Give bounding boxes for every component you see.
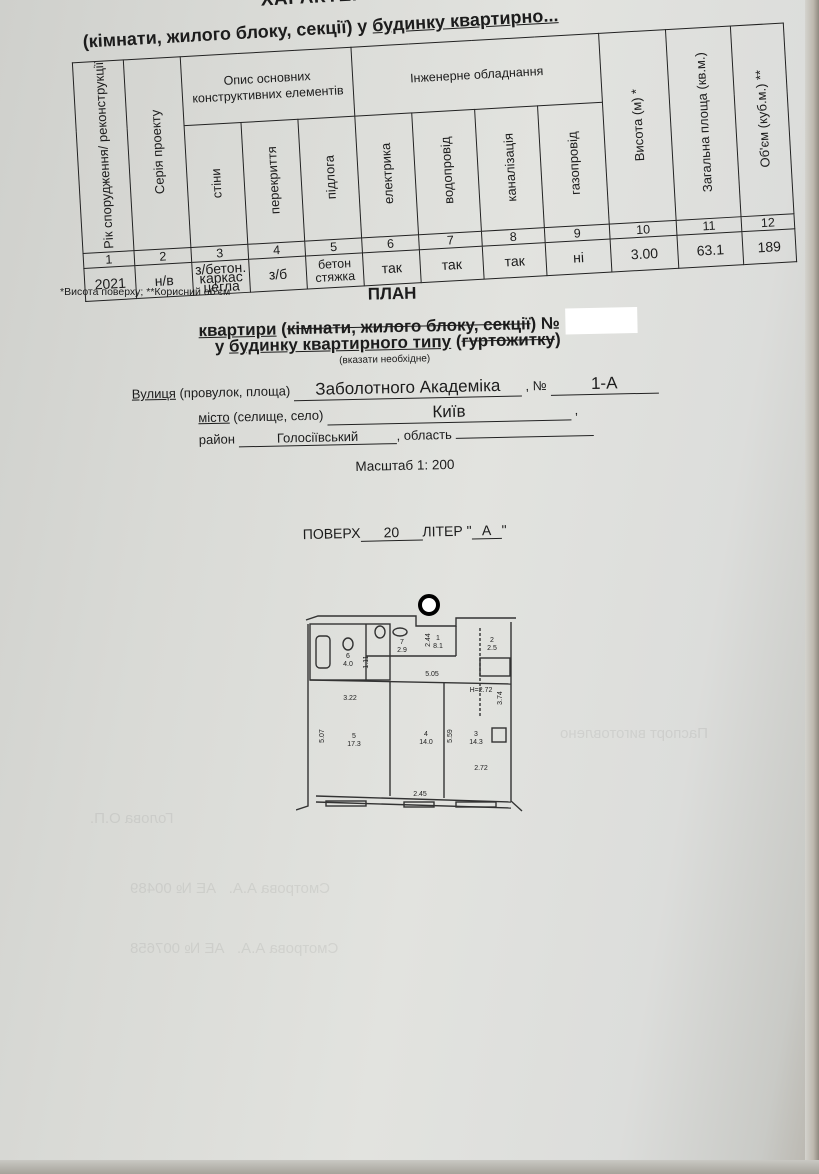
svg-text:3: 3	[474, 731, 478, 738]
svg-text:4: 4	[424, 731, 428, 738]
svg-text:17.3: 17.3	[347, 741, 361, 748]
svg-text:7: 7	[400, 639, 404, 646]
col-header-water: водопровід	[437, 136, 456, 204]
value-height: 3.00	[610, 236, 679, 273]
col-header-area: Загальна площа (кв.м.)	[692, 51, 715, 192]
city-field: місто (селище, село) Київ ,	[198, 399, 578, 428]
col-header-gas: газопровід	[564, 131, 583, 195]
col-header-flooring: підлога	[321, 155, 338, 200]
svg-text:3.74: 3.74	[497, 691, 504, 705]
value-water: так	[419, 247, 484, 283]
svg-text:2.9: 2.9	[397, 647, 407, 654]
value-gas: ні	[545, 239, 612, 276]
bleed-through-text: Смотрова А.А. АЕ № 007658	[130, 940, 338, 957]
redacted-apartment-number	[566, 307, 639, 335]
col-header-electric: електрика	[377, 143, 395, 205]
value-floors: з/б	[249, 256, 308, 292]
floor-plan-icon: 1 8.1 2 2.5 3 14.3 4 14.0 5 17.3 6 4.0 7…	[296, 596, 526, 821]
svg-text:14.3: 14.3	[469, 739, 483, 746]
page-bottom-edge	[0, 1160, 819, 1174]
svg-text:5.07: 5.07	[319, 729, 326, 743]
value-area: 63.1	[677, 232, 744, 269]
svg-text:H=2.72: H=2.72	[470, 687, 493, 694]
floor-plan-drawing: 1 8.1 2 2.5 3 14.3 4 14.0 5 17.3 6 4.0 7…	[296, 596, 526, 821]
svg-text:1: 1	[436, 635, 440, 642]
characteristics-title: ХАРАКТЕРИСТИ...	[260, 0, 437, 12]
group-header-construction: Опис основних конструктивних елементів	[180, 47, 355, 125]
svg-text:6: 6	[346, 653, 350, 660]
street-value: Заболотного Академіка	[294, 375, 522, 401]
house-number-value: 1-А	[550, 373, 658, 396]
value-flooring: бетон стяжка	[306, 253, 365, 289]
svg-text:2.44: 2.44	[425, 633, 432, 647]
svg-text:5.59: 5.59	[447, 729, 454, 743]
city-value: Київ	[327, 399, 571, 425]
svg-text:5: 5	[352, 733, 356, 740]
svg-text:3.22: 3.22	[343, 695, 357, 702]
street-field: Вулиця (провулок, площа) Заболотного Ака…	[132, 373, 659, 405]
letter-value: А	[471, 522, 501, 540]
col-header-volume: Об'єм (куб.м.) **	[752, 69, 772, 167]
table-footnote: *Висота поверху; **Корисний об'єм	[60, 286, 230, 298]
col-header-walls: стіни	[208, 168, 225, 199]
svg-text:2.5: 2.5	[487, 645, 497, 652]
characteristics-table: Рік спорудження/ реконструкції Серія про…	[72, 23, 797, 303]
svg-text:14.0: 14.0	[419, 739, 433, 746]
col-header-year: Рік спорудження/ реконструкції	[90, 61, 115, 249]
bleed-through-text: Смотрова А.А. АЕ № 00489	[130, 880, 330, 897]
col-header-sewer: каналізація	[500, 132, 519, 201]
district-field: район Голосіївський, область	[199, 424, 594, 448]
col-header-height: Висота (м) *	[628, 89, 647, 162]
floor-value: 20	[360, 524, 422, 542]
value-volume: 189	[742, 229, 797, 265]
svg-text:1.11: 1.11	[363, 655, 370, 668]
plan-title: ПЛАН	[368, 284, 417, 305]
bleed-through-text: Голова О.П.	[90, 810, 174, 827]
svg-text:8.1: 8.1	[433, 643, 443, 650]
region-value	[456, 435, 594, 439]
plan-hint: (вказати необхідне)	[339, 353, 430, 366]
svg-text:2: 2	[490, 637, 494, 644]
district-value: Голосіївський	[238, 428, 396, 447]
bleed-through-text: Паспорт виготовлено	[560, 725, 708, 742]
svg-text:2.45: 2.45	[413, 791, 427, 798]
svg-text:2.72: 2.72	[474, 765, 488, 772]
svg-text:5.05: 5.05	[425, 671, 439, 678]
svg-text:4.0: 4.0	[343, 661, 353, 668]
floor-line: ПОВЕРХ20ЛІТЕР "А"	[303, 522, 507, 543]
col-header-series: Серія проекту	[147, 110, 167, 195]
value-electric: так	[362, 250, 421, 286]
plan-scale: Масштаб 1: 200	[355, 457, 454, 474]
col-header-floors: перекриття	[263, 146, 282, 215]
page-edge	[805, 0, 819, 1174]
value-sewer: так	[482, 243, 547, 279]
